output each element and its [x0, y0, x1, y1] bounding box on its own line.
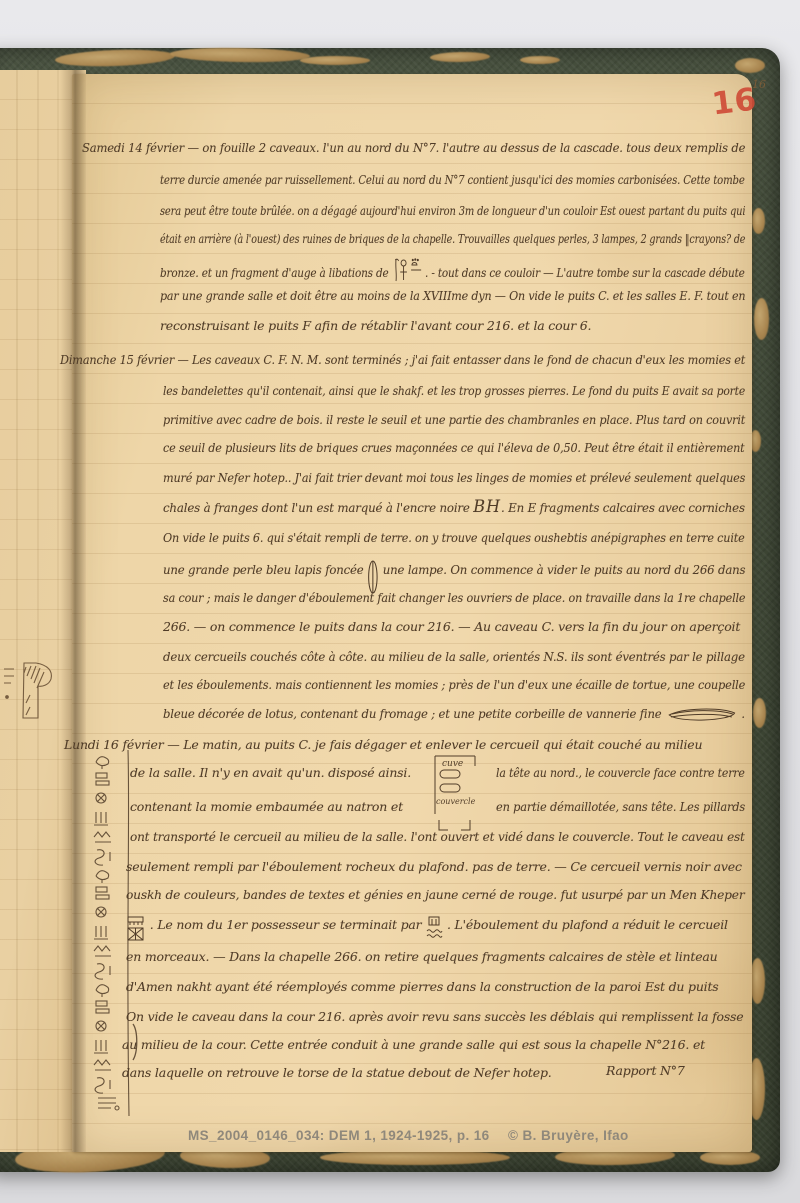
journal-line-text: en partie démaillotée, sans tête. Les pi…	[496, 799, 745, 814]
journal-line-text: était en arrière (à l'ouest) des ruines …	[160, 231, 745, 246]
journal-line-text: On vide le caveau dans la cour 216. aprè…	[126, 1009, 743, 1024]
journal-line-text: BH	[473, 497, 501, 517]
journal-line-text: sera peut être toute brûlée. on a dégagé…	[160, 203, 745, 218]
journal-line: Dimanche 15 février — Les caveaux C. F. …	[60, 352, 745, 367]
journal-line: au milieu de la cour. Cette entrée condu…	[122, 1037, 705, 1052]
journal-line-text: seulement rempli par l'éboulement rocheu…	[126, 859, 742, 874]
journal-line: terre durcie amenée par ruissellement. C…	[160, 172, 745, 187]
journal-line: bleue décorée de lotus, contenant du fro…	[163, 705, 745, 725]
journal-line: sa cour ; mais le danger d'éboulement fa…	[163, 590, 745, 605]
page-number-ink: 16	[752, 78, 766, 91]
name-ending-sign-sketch	[425, 917, 443, 932]
journal-line: deux cercueils couchés côte à côte. au m…	[163, 649, 745, 664]
journal-line-text: deux cercueils couchés côte à côte. au m…	[163, 649, 745, 664]
journal-line-text: d'Amen nakht ayant été réemployés comme …	[126, 979, 719, 994]
journal-line-text: terre durcie amenée par ruissellement. C…	[160, 172, 745, 187]
journal-line-text: la tête au nord., le couvercle face cont…	[496, 765, 745, 780]
journal-line: 266. — on commence le puits dans la cour…	[163, 619, 740, 634]
journal-line-text: .	[738, 706, 745, 721]
journal-line: primitive avec cadre de bois. il reste l…	[163, 412, 745, 427]
journal-line: Samedi 14 février — on fouille 2 caveaux…	[82, 140, 745, 155]
caption-credit: © B. Bruyère, Ifao	[508, 1128, 629, 1143]
journal-line-text: muré par Nefer hotep.. J'ai fait trier d…	[163, 470, 745, 485]
journal-line-text: Samedi 14 février — on fouille 2 caveaux…	[82, 140, 745, 155]
journal-line-text: . - tout dans ce couloir — L'autre tombe…	[422, 265, 745, 280]
basket-sketch	[665, 706, 738, 721]
journal-line-text: primitive avec cadre de bois. il reste l…	[163, 412, 745, 427]
journal-line: en morceaux. — Dans la chapelle 266. on …	[126, 949, 718, 964]
journal-line-text: . En E fragments calcaires avec corniche…	[501, 500, 745, 515]
journal-line: par une grande salle et doit être au moi…	[160, 288, 745, 303]
journal-line: ont transporté le cercueil au milieu de …	[130, 829, 745, 844]
journal-line: On vide le caveau dans la cour 216. aprè…	[126, 1009, 743, 1024]
journal-line: muré par Nefer hotep.. J'ai fait trier d…	[163, 470, 745, 485]
journal-line: dans laquelle on retrouve le torse de la…	[122, 1065, 552, 1080]
caption-reference: MS_2004_0146_034: DEM 1, 1924-1925, p. 1…	[188, 1128, 490, 1143]
journal-line-text: . L'éboulement du plafond a réduit le ce…	[443, 917, 728, 932]
journal-line: bronze. et un fragment d'auge à libation…	[160, 257, 745, 283]
journal-line-text: Dimanche 15 février — Les caveaux C. F. …	[60, 352, 745, 367]
journal-line-text: contenant la momie embaumée au natron et	[130, 799, 403, 814]
journal-line: les bandelettes qu'il contenait, ainsi q…	[163, 383, 745, 398]
journal-line: la tête au nord., le couvercle face cont…	[496, 765, 745, 780]
journal-line-text: les bandelettes qu'il contenait, ainsi q…	[163, 383, 745, 398]
journal-text-layer: Samedi 14 février — on fouille 2 caveaux…	[0, 0, 800, 1203]
journal-line: reconstruisant le puits F afin de rétabl…	[160, 318, 591, 333]
journal-line: en partie démaillotée, sans tête. Les pi…	[496, 799, 745, 814]
journal-line-text: 266. — on commence le puits dans la cour…	[163, 619, 740, 634]
journal-line: contenant la momie embaumée au natron et	[130, 799, 403, 814]
journal-line: chales à franges dont l'un est marqué à …	[163, 500, 745, 515]
journal-line-text: en morceaux. — Dans la chapelle 266. on …	[126, 949, 718, 964]
journal-line-text: chales à franges dont l'un est marqué à …	[163, 500, 473, 515]
cartouche-sign-sketch	[126, 917, 146, 932]
journal-line: ce seuil de plusieurs lits de briques cr…	[163, 440, 744, 455]
journal-line-text: de la salle. Il n'y en avait qu'un. disp…	[130, 765, 411, 780]
journal-line-text: bronze. et un fragment d'auge à libation…	[160, 265, 392, 280]
journal-line: sera peut être toute brûlée. on a dégagé…	[160, 203, 745, 218]
journal-line-text: Lundi 16 février — Le matin, au puits C.…	[64, 737, 702, 752]
journal-line-text: une grande perle bleu lapis foncée	[163, 562, 367, 577]
journal-line: et les éboulements. mais contiennent les…	[163, 677, 745, 692]
journal-line: Lundi 16 février — Le matin, au puits C.…	[64, 737, 702, 752]
journal-line-text: On vide le puits 6. qui s'était rempli d…	[163, 530, 745, 545]
journal-line: de la salle. Il n'y en avait qu'un. disp…	[130, 765, 411, 780]
journal-line-text: . Le nom du 1er possesseur se terminait …	[146, 917, 425, 932]
journal-line: ouskh de couleurs, bandes de textes et g…	[126, 887, 745, 902]
journal-line: . Le nom du 1er possesseur se terminait …	[126, 915, 728, 943]
journal-line-text: ouskh de couleurs, bandes de textes et g…	[126, 887, 745, 902]
journal-line-text: dans laquelle on retrouve le torse de la…	[122, 1065, 552, 1080]
journal-line: On vide le puits 6. qui s'était rempli d…	[163, 530, 745, 545]
journal-line-text: reconstruisant le puits F afin de rétabl…	[160, 318, 591, 333]
journal-line-text: une lampe. On commence à vider le puits …	[379, 562, 745, 577]
journal-line-text: bleue décorée de lotus, contenant du fro…	[163, 706, 665, 721]
nfr-htp-glyphs-sketch	[392, 265, 422, 280]
journal-line: seulement rempli par l'éboulement rocheu…	[126, 859, 742, 874]
journal-line-text: par une grande salle et doit être au moi…	[160, 288, 745, 303]
notebook-photo: cuve couvercle Samedi 14 février — on fo…	[0, 0, 800, 1203]
journal-line-text: sa cour ; mais le danger d'éboulement fa…	[163, 590, 745, 605]
journal-line-text: au milieu de la cour. Cette entrée condu…	[122, 1037, 705, 1052]
journal-line: Rapport N°7	[606, 1063, 685, 1078]
journal-line-text: ont transporté le cercueil au milieu de …	[130, 829, 745, 844]
journal-line-text: Rapport N°7	[606, 1063, 685, 1078]
journal-line: d'Amen nakht ayant été réemployés comme …	[126, 979, 719, 994]
journal-line: était en arrière (à l'ouest) des ruines …	[160, 231, 745, 246]
journal-line-text: et les éboulements. mais contiennent les…	[163, 677, 745, 692]
journal-line-text: ce seuil de plusieurs lits de briques cr…	[163, 440, 744, 455]
bead-sketch	[367, 562, 379, 577]
